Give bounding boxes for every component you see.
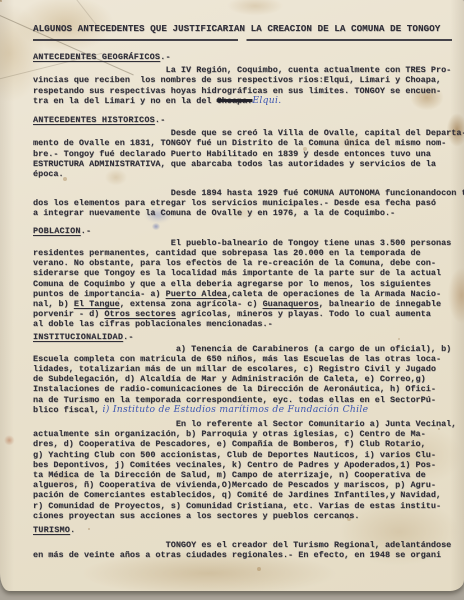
text-segment: Desde que se creó la Villa de Ovalle, ca… bbox=[33, 128, 464, 138]
typed-line: vincias que reciben los nombres de sus r… bbox=[33, 75, 456, 85]
underlined-otros-sectores: Otros sectores bbox=[104, 309, 175, 319]
paragraph-poblacion: El pueblo-balneario de Tongoy tiene unas… bbox=[33, 238, 456, 330]
text-segment: r) Comunidad de Proyectos, s) Comunidad … bbox=[33, 501, 441, 511]
typed-line: a integrar nuevamente la Comuna de Ovall… bbox=[33, 208, 456, 218]
text-segment: INSTITUCIONALIDAD bbox=[33, 332, 123, 342]
paragraph-institucionalidad-2: En lo referente al Sector Comunitario a)… bbox=[33, 419, 456, 521]
text-segment: g) Yachting Club con 500 accionistas, Cl… bbox=[33, 450, 436, 460]
handwritten-elqui: Elqui. bbox=[252, 95, 281, 106]
typed-line: algueros, ñ) Cooperativa de vivienda,O)M… bbox=[33, 480, 456, 490]
section-heading-institucionalidad: INSTITUCIONALIDAD.- bbox=[33, 332, 456, 342]
typed-line: r) Comunidad de Proyectos, s) Comunidad … bbox=[33, 501, 456, 511]
typed-line: g) Yachting Club con 500 accionistas, Cl… bbox=[33, 450, 456, 460]
text-segment: época. bbox=[33, 169, 64, 179]
title-underline-rule bbox=[33, 39, 456, 41]
text-segment: vincias que reciben los nombres de sus r… bbox=[33, 75, 441, 85]
text-segment: ANTECEDENTES HISTORICOS bbox=[33, 115, 155, 125]
typed-line: Instalaciones de radio-comunicaciones de… bbox=[33, 384, 456, 394]
typed-line: El pueblo-balneario de Tongoy tiene unas… bbox=[33, 238, 456, 248]
typed-line: ANTECEDENTES HISTORICOS.- bbox=[33, 115, 456, 125]
struck-word-choapa: Choapa. bbox=[217, 96, 253, 106]
text-segment: bes Depontivos, j) Comitées vecinales, k… bbox=[33, 460, 436, 470]
text-segment: , extensa zona agrícola- c) bbox=[120, 299, 263, 309]
text-segment: residentes permanentes, cantidad que sob… bbox=[33, 248, 421, 258]
text-segment: Instalaciones de radio-comunicaciones de… bbox=[33, 384, 436, 394]
typed-line: ESTRUCTURA ADMINISTRATIVA, que abarcaba … bbox=[33, 159, 456, 169]
text-segment: porvenir - d) bbox=[33, 309, 104, 319]
underlined-el-tangue: El Tangue bbox=[74, 299, 120, 309]
text-segment: .- bbox=[123, 332, 134, 342]
text-segment: siderarse que Tongoy es la localidad más… bbox=[33, 268, 441, 278]
text-segment: blico fiscal, bbox=[33, 405, 99, 415]
text-segment: verano. No obstante, para los efectos de… bbox=[33, 258, 436, 268]
text-segment: El pueblo-balneario de Tongoy tiene unas… bbox=[33, 238, 451, 248]
text-segment: ESTRUCTURA ADMINISTRATIVA, que abarcaba … bbox=[33, 159, 436, 169]
text-segment: tra en la del Limari y no en la del bbox=[33, 96, 217, 106]
typed-line: ANTECEDENTES GEOGRÁFICOS.- bbox=[33, 52, 456, 62]
typed-line: TONGOY es el creador del Turismo Regiona… bbox=[33, 540, 456, 550]
typed-line: bre.- Tongoy fué declarado Puerto Habili… bbox=[33, 149, 456, 159]
section-heading-geograficos: ANTECEDENTES GEOGRÁFICOS.- bbox=[33, 52, 456, 62]
text-segment: .- bbox=[160, 52, 171, 62]
text-segment: En lo referente al Sector Comunitario a)… bbox=[33, 419, 456, 429]
typed-line: dos los elementos para etregar los servi… bbox=[33, 198, 456, 208]
typed-line: actualmente sin organización, b) Parroqu… bbox=[33, 429, 456, 439]
typed-line: pación de Comerciantes establecidos, q) … bbox=[33, 490, 456, 500]
paragraph-turismo: TONGOY es el creador del Turismo Regiona… bbox=[33, 540, 456, 560]
typed-line: mento de Ovalle en 1831, TONGOY fué un D… bbox=[33, 138, 456, 148]
document-title: ALGUNOS ANTECEDENTES QUE JUSTIFICARIAN L… bbox=[33, 23, 456, 35]
underlined-guanaqueros: Guanaqueros bbox=[263, 299, 319, 309]
text-segment: ta Médica de la Dirección de Salud, m) C… bbox=[33, 470, 426, 480]
text-segment: dos los elementos para etregar los servi… bbox=[33, 198, 436, 208]
text-segment: algueros, ñ) Cooperativa de vivienda,O)M… bbox=[33, 480, 436, 490]
typed-line: de Subdelegación, d) Alcaldía de Mar y A… bbox=[33, 374, 456, 384]
document-content: ALGUNOS ANTECEDENTES QUE JUSTIFICARIAN L… bbox=[33, 23, 456, 560]
typed-line: bes Depontivos, j) Comitées vecinales, k… bbox=[33, 460, 456, 470]
text-segment: ANTECEDENTES GEOGRÁFICOS bbox=[33, 52, 160, 62]
text-segment: , balneario de innegable bbox=[319, 299, 441, 309]
typed-line: porvenir - d) Otros sectores agrícolas, … bbox=[33, 309, 456, 319]
text-segment: . bbox=[70, 525, 75, 535]
underlined-puerto-aldea: Puerto Aldea bbox=[166, 289, 227, 299]
paragraph-historicos-1: Desde que se creó la Villa de Ovalle, ca… bbox=[33, 128, 456, 179]
typed-line: ciones proyectan sus acciones a los sect… bbox=[33, 511, 456, 521]
text-segment: .- bbox=[81, 226, 92, 236]
text-segment: POBLACION bbox=[33, 226, 81, 236]
typed-line: INSTITUCIONALIDAD.- bbox=[33, 332, 456, 342]
paper-stain-specks bbox=[0, 0, 2, 2]
text-segment: respetando sus respectivas hoyas hidrogr… bbox=[33, 86, 441, 96]
text-segment: dres, d) Cooperativa de Pescadores, e) C… bbox=[33, 439, 426, 449]
section-heading-turismo: TURISMO. bbox=[33, 525, 456, 535]
paragraph-institucionalidad-1: a) Tenencia de Carabineros (a cargo de u… bbox=[33, 344, 456, 415]
text-segment: TONGOY es el creador del Turismo Regiona… bbox=[33, 540, 451, 550]
text-segment: al doble las cifras poblacionales mencio… bbox=[33, 319, 273, 329]
text-segment: agrícolas, mineros y playas. Todo lo cua… bbox=[176, 309, 431, 319]
typed-line: puntos de importancia- a) Puerto Aldea,c… bbox=[33, 289, 456, 299]
text-segment: nal, b) bbox=[33, 299, 74, 309]
text-segment: Comuna de Coquimbo y que a ella deberia … bbox=[33, 279, 431, 289]
typed-line: Comuna de Coquimbo y que a ella deberia … bbox=[33, 279, 456, 289]
paragraph-historicos-2: Desde 1894 hasta 1929 fué COMUNA AUTONOM… bbox=[33, 188, 456, 219]
text-segment: mento de Ovalle en 1831, TONGOY fué un D… bbox=[33, 138, 446, 148]
typed-line: En lo referente al Sector Comunitario a)… bbox=[33, 419, 456, 429]
text-segment: a) Tenencia de Carabineros (a cargo de u… bbox=[33, 344, 451, 354]
text-segment: puntos de importancia- a) bbox=[33, 289, 166, 299]
text-segment: ciones proyectan sus acciones a los sect… bbox=[33, 511, 359, 521]
typed-line: Desde que se creó la Villa de Ovalle, ca… bbox=[33, 128, 456, 138]
text-segment: bre.- Tongoy fué declarado Puerto Habili… bbox=[33, 149, 431, 159]
typed-line: época. bbox=[33, 169, 456, 179]
handwritten-instituto: i) Instituto de Estudios marítimos de Fu… bbox=[99, 404, 368, 415]
typed-line: La IV Región, Coquimbo, cuenta actualmen… bbox=[33, 65, 456, 75]
typed-line: Escuela completa con matricula de 650 ni… bbox=[33, 354, 456, 364]
text-segment: en más de veinte años a otras ciudades r… bbox=[33, 550, 441, 560]
typed-line: a) Tenencia de Carabineros (a cargo de u… bbox=[33, 344, 456, 354]
typed-line: POBLACION.- bbox=[33, 226, 456, 236]
typed-line: tra en la del Limari y no en la del Choa… bbox=[33, 96, 456, 106]
typed-line: lidades, totalizarian más de un millar d… bbox=[33, 364, 456, 374]
text-segment: .- bbox=[155, 115, 166, 125]
typed-line: Desde 1894 hasta 1929 fué COMUNA AUTONOM… bbox=[33, 188, 456, 198]
text-segment: actualmente sin organización, b) Parroqu… bbox=[33, 429, 426, 439]
typed-line: dres, d) Cooperativa de Pescadores, e) C… bbox=[33, 439, 456, 449]
section-heading-poblacion: POBLACION.- bbox=[33, 226, 456, 236]
typed-line: blico fiscal, i) Instituto de Estudios m… bbox=[33, 405, 456, 415]
text-segment: ,caleta de operaciones de la Armada Naci… bbox=[227, 289, 441, 299]
typed-line: en más de veinte años a otras ciudades r… bbox=[33, 550, 456, 560]
typed-line: respetando sus respectivas hoyas hidrogr… bbox=[33, 86, 456, 96]
text-segment: lidades, totalizarian más de un millar d… bbox=[33, 364, 436, 374]
scanned-document-page: ALGUNOS ANTECEDENTES QUE JUSTIFICARIAN L… bbox=[0, 0, 464, 591]
typed-line: verano. No obstante, para los efectos de… bbox=[33, 258, 456, 268]
text-segment: Escuela completa con matricula de 650 ni… bbox=[33, 354, 441, 364]
text-segment: Desde 1894 hasta 1929 fué COMUNA AUTONOM… bbox=[33, 188, 464, 198]
text-segment: TURISMO bbox=[33, 525, 70, 535]
typed-line: ta Médica de la Dirección de Salud, m) C… bbox=[33, 470, 456, 480]
typed-line: al doble las cifras poblacionales mencio… bbox=[33, 319, 456, 329]
text-segment: de Subdelegación, d) Alcaldía de Mar y A… bbox=[33, 374, 426, 384]
typed-line: nal, b) El Tangue, extensa zona agrícola… bbox=[33, 299, 456, 309]
text-segment: La IV Región, Coquimbo, cuenta actualmen… bbox=[33, 65, 451, 75]
document-body: ANTECEDENTES GEOGRÁFICOS.- La IV Región,… bbox=[33, 52, 456, 560]
typed-line: siderarse que Tongoy es la localidad más… bbox=[33, 268, 456, 278]
text-segment: a integrar nuevamente la Comuna de Ovall… bbox=[33, 208, 395, 218]
text-segment: pación de Comerciantes establecidos, q) … bbox=[33, 490, 441, 500]
typed-line: residentes permanentes, cantidad que sob… bbox=[33, 248, 456, 258]
paragraph-geograficos: La IV Región, Coquimbo, cuenta actualmen… bbox=[33, 65, 456, 106]
typed-line: TURISMO. bbox=[33, 525, 456, 535]
section-heading-historicos: ANTECEDENTES HISTORICOS.- bbox=[33, 115, 456, 125]
